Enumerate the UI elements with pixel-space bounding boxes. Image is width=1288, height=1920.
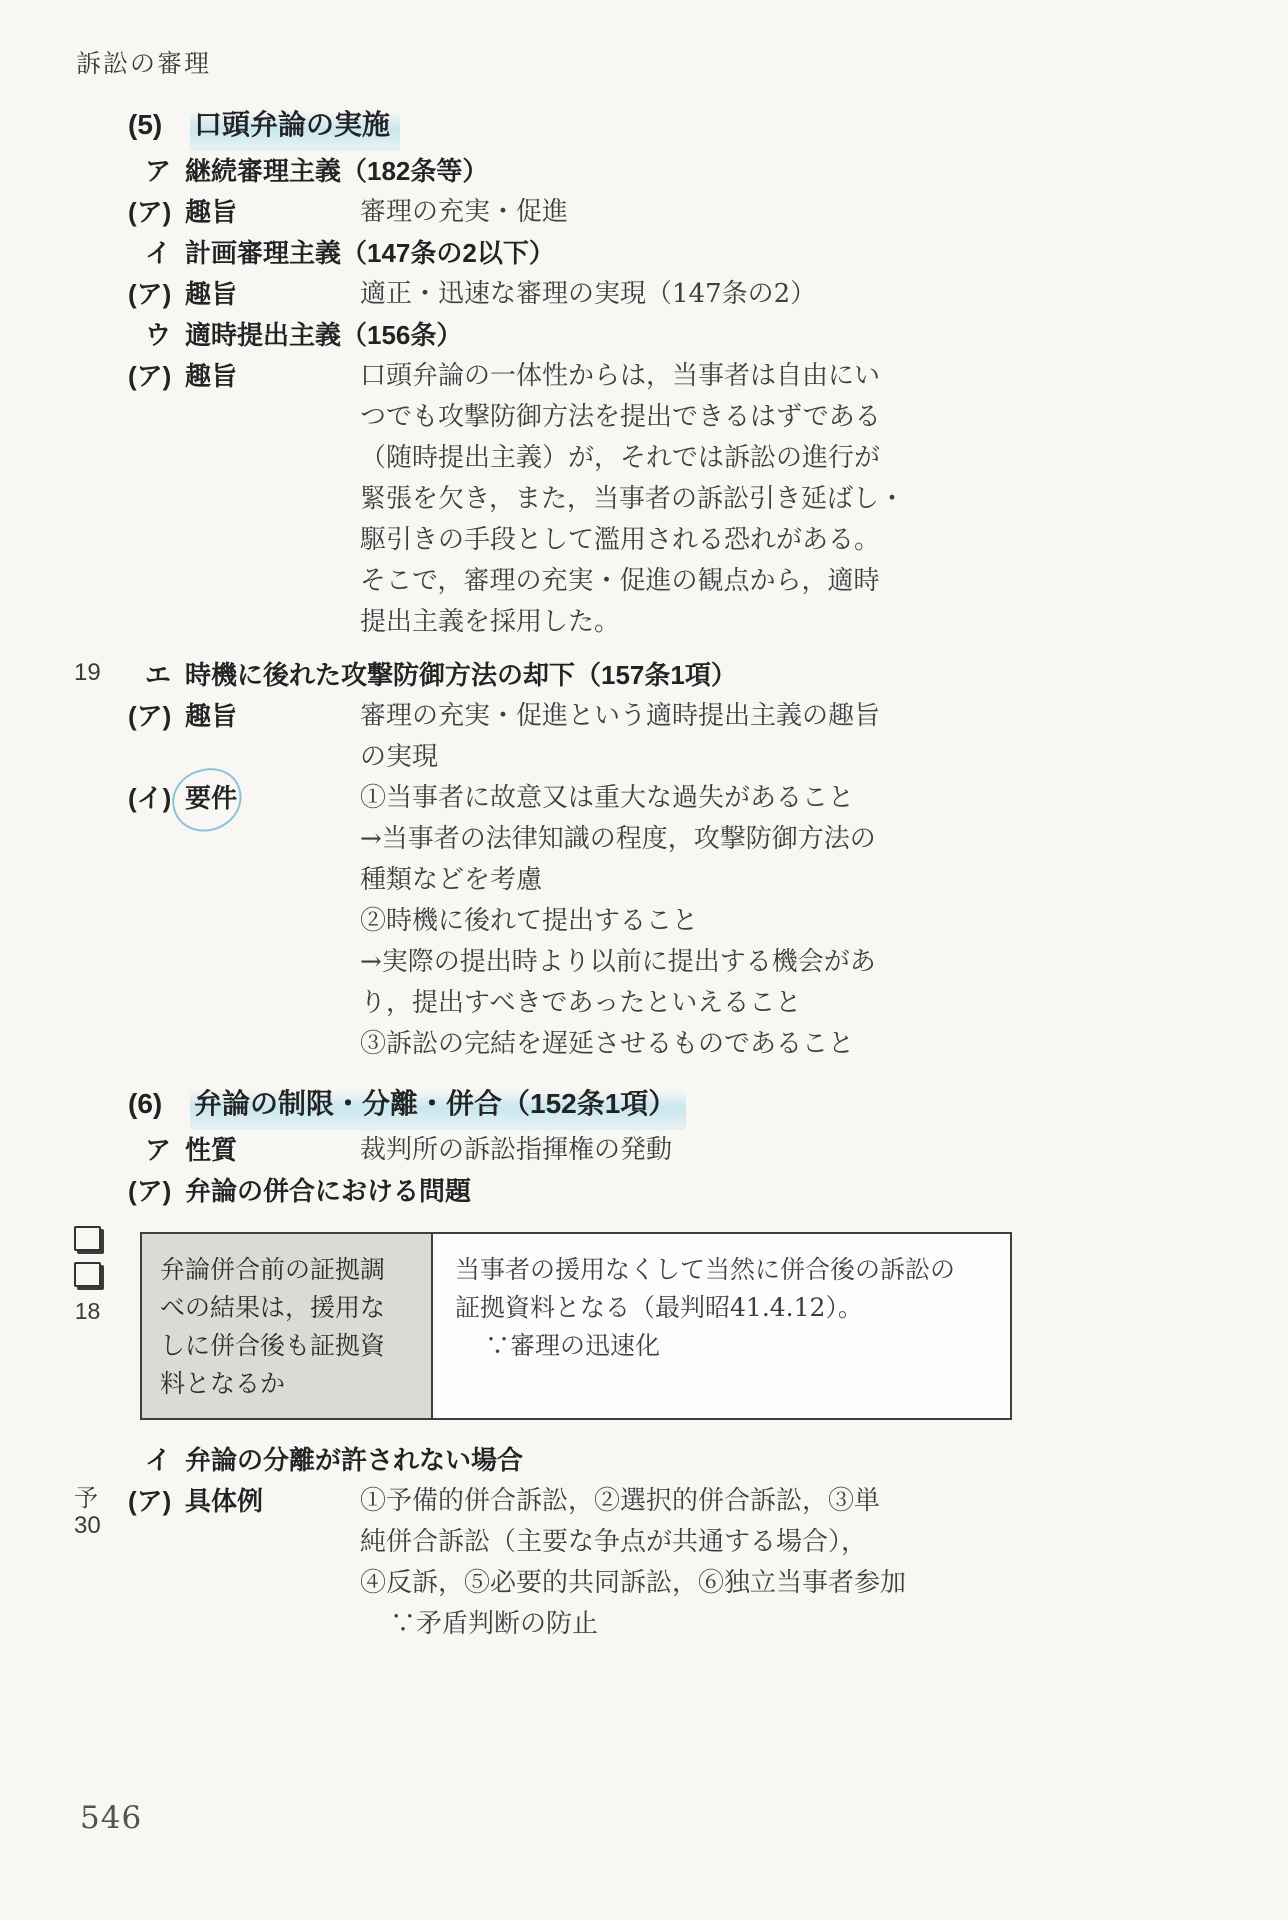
margin-number: 18	[74, 1298, 101, 1325]
margin-number: 19	[74, 659, 101, 686]
body-line: ③訴訟の完結を遅延させるものであること	[360, 1024, 1028, 1065]
body-line: 純併合訴訟（主要な争点が共通する場合），	[360, 1522, 1028, 1563]
kana-number: イ	[145, 1440, 185, 1481]
entry-row: (イ) 要件 ①当事者に故意又は重大な過失があること →当事者の法律知識の程度，…	[128, 778, 1028, 1065]
topic-label: 趣旨	[185, 356, 360, 397]
body-line: →当事者の法律知識の程度，攻撃防御方法の	[360, 819, 1028, 860]
item-number: (ア)	[128, 274, 185, 315]
sub-heading: ウ 適時提出主義（156条）	[128, 315, 1028, 356]
topic-label: 要件	[185, 778, 360, 819]
body-line: 審理の充実・促進という適時提出主義の趣旨	[360, 696, 1028, 737]
body-line: 口頭弁論の一体性からは，当事者は自由にい	[360, 356, 1028, 397]
pen-circle-annotation: 要件	[185, 778, 237, 819]
body-line: ④反訴，⑤必要的共同訴訟，⑥独立当事者参加	[360, 1563, 1028, 1604]
topic-label: 趣旨	[185, 274, 360, 315]
entry-row: 予 30 (ア) 具体例 ①予備的併合訴訟，②選択的併合訴訟，③単 純併合訴訟（…	[128, 1481, 1028, 1645]
qa-table: 弁論併合前の証拠調 べの結果は，援用な しに併合後も証拠資 料となるか 当事者の…	[140, 1232, 1012, 1420]
page-number: 546	[80, 1800, 142, 1836]
sub-heading: イ 弁論の分離が許されない場合	[128, 1440, 1028, 1481]
body-text: 裁判所の訴訟指揮権の発動	[360, 1130, 1028, 1171]
kana-number: ア	[145, 1130, 185, 1171]
sub-heading-title: 弁論の併合における問題	[185, 1171, 471, 1212]
checkbox-icon	[74, 1262, 101, 1287]
question-line: 弁論併合前の証拠調	[160, 1251, 415, 1289]
body-paragraph: 審理の充実・促進という適時提出主義の趣旨 の実現	[360, 696, 1028, 778]
sub-heading: ア 継続審理主義（182条等）	[128, 151, 1028, 192]
body-text: 審理の充実・促進	[360, 192, 1028, 233]
body-line: 緊張を欠き，また，当事者の訴訟引き延ばし・	[360, 479, 1028, 520]
question-line: べの結果は，援用な	[160, 1289, 415, 1327]
answer-reason-line: ∵審理の迅速化	[455, 1327, 990, 1365]
section-title-highlighted: 口頭弁論の実施	[190, 102, 400, 151]
item-number: (ア)	[128, 192, 185, 233]
body-paragraph: ①当事者に故意又は重大な過失があること →当事者の法律知識の程度，攻撃防御方法の…	[360, 778, 1028, 1065]
body-line: 種類などを考慮	[360, 860, 1028, 901]
entry-row: ア 性質 裁判所の訴訟指揮権の発動	[128, 1130, 1028, 1171]
sub-heading: (ア) 弁論の併合における問題	[128, 1171, 1028, 1212]
sub-heading: 19 エ 時機に後れた攻撃防御方法の却下（157条1項）	[128, 655, 1028, 696]
item-number: (イ)	[128, 778, 185, 819]
answer-line: 証拠資料となる（最判昭41.4.12）。	[455, 1289, 990, 1327]
sub-heading-title: 継続審理主義（182条等）	[185, 151, 488, 192]
kana-number: エ	[145, 655, 185, 696]
page-content: (5) 口頭弁論の実施 ア 継続審理主義（182条等） (ア) 趣旨 審理の充実…	[128, 102, 1028, 1645]
margin-check-group: 18	[74, 1226, 101, 1325]
kana-number: イ	[145, 233, 185, 274]
section-6-heading: (6) 弁論の制限・分離・併合（152条1項）	[128, 1081, 1028, 1130]
section-title-highlighted: 弁論の制限・分離・併合（152条1項）	[190, 1081, 686, 1130]
body-paragraph: ①予備的併合訴訟，②選択的併合訴訟，③単 純併合訴訟（主要な争点が共通する場合）…	[360, 1481, 1028, 1645]
topic-label: 趣旨	[185, 696, 360, 737]
margin-exam-mark: 予 30	[74, 1485, 101, 1539]
kana-number: ア	[145, 151, 185, 192]
kana-number: ウ	[145, 315, 185, 356]
entry-row: (ア) 趣旨 審理の充実・促進	[128, 192, 1028, 233]
body-line: ②時機に後れて提出すること	[360, 901, 1028, 942]
entry-row: (ア) 趣旨 適正・迅速な審理の実現（147条の2）	[128, 274, 1028, 315]
body-line: の実現	[360, 737, 1028, 778]
margin-exam-kanji: 予	[74, 1485, 101, 1512]
section-number: (6)	[128, 1081, 190, 1127]
item-number: (ア)	[128, 1171, 185, 1212]
question-line: しに併合後も証拠資	[160, 1327, 415, 1365]
body-line: （随時提出主義）が，それでは訴訟の進行が	[360, 438, 1028, 479]
answer-line: 当事者の援用なくして当然に併合後の訴訟の	[455, 1251, 990, 1289]
book-page: 訴訟の審理 (5) 口頭弁論の実施 ア 継続審理主義（182条等） (ア) 趣旨…	[0, 0, 1288, 1920]
body-line: 提出主義を採用した。	[360, 602, 1028, 643]
qa-table-wrapper: 18 弁論併合前の証拠調 べの結果は，援用な しに併合後も証拠資 料となるか 当…	[140, 1232, 1012, 1420]
body-line: 駆引きの手段として濫用される恐れがある。	[360, 520, 1028, 561]
body-text: 適正・迅速な審理の実現（147条の2）	[360, 274, 1028, 315]
body-line: ①当事者に故意又は重大な過失があること	[360, 778, 1028, 819]
entry-row: (ア) 趣旨 審理の充実・促進という適時提出主義の趣旨 の実現	[128, 696, 1028, 778]
qa-question-cell: 弁論併合前の証拠調 べの結果は，援用な しに併合後も証拠資 料となるか	[142, 1234, 433, 1418]
topic-label: 具体例	[185, 1481, 360, 1522]
sub-heading-title: 弁論の分離が許されない場合	[185, 1440, 523, 1481]
entry-row: (ア) 趣旨 口頭弁論の一体性からは，当事者は自由にい つでも攻撃防御方法を提出…	[128, 356, 1028, 643]
sub-heading-title: 時機に後れた攻撃防御方法の却下（157条1項）	[185, 655, 737, 696]
sub-heading: イ 計画審理主義（147条の2以下）	[128, 233, 1028, 274]
item-number: (ア)	[128, 356, 185, 397]
body-paragraph: 口頭弁論の一体性からは，当事者は自由にい つでも攻撃防御方法を提出できるはずであ…	[360, 356, 1028, 643]
margin-exam-number: 30	[74, 1512, 101, 1539]
section-number: (5)	[128, 102, 190, 148]
sub-heading-title: 計画審理主義（147条の2以下）	[185, 233, 555, 274]
reason-line: ∵矛盾判断の防止	[360, 1604, 1028, 1645]
body-line: つでも攻撃防御方法を提出できるはずである	[360, 397, 1028, 438]
section-5-heading: (5) 口頭弁論の実施	[128, 102, 1028, 151]
topic-label: 趣旨	[185, 192, 360, 233]
checkbox-icon	[74, 1226, 101, 1251]
body-line: ①予備的併合訴訟，②選択的併合訴訟，③単	[360, 1481, 1028, 1522]
question-line: 料となるか	[160, 1365, 415, 1403]
sub-heading-title: 適時提出主義（156条）	[185, 315, 462, 356]
body-line: り，提出すべきであったといえること	[360, 983, 1028, 1024]
item-number: (ア)	[128, 1481, 185, 1522]
body-line: →実際の提出時より以前に提出する機会があ	[360, 942, 1028, 983]
running-head: 訴訟の審理	[76, 44, 211, 80]
item-number: (ア)	[128, 696, 185, 737]
qa-answer-cell: 当事者の援用なくして当然に併合後の訴訟の 証拠資料となる（最判昭41.4.12）…	[433, 1234, 1010, 1418]
topic-label: 性質	[185, 1130, 360, 1171]
body-line: そこで，審理の充実・促進の観点から，適時	[360, 561, 1028, 602]
